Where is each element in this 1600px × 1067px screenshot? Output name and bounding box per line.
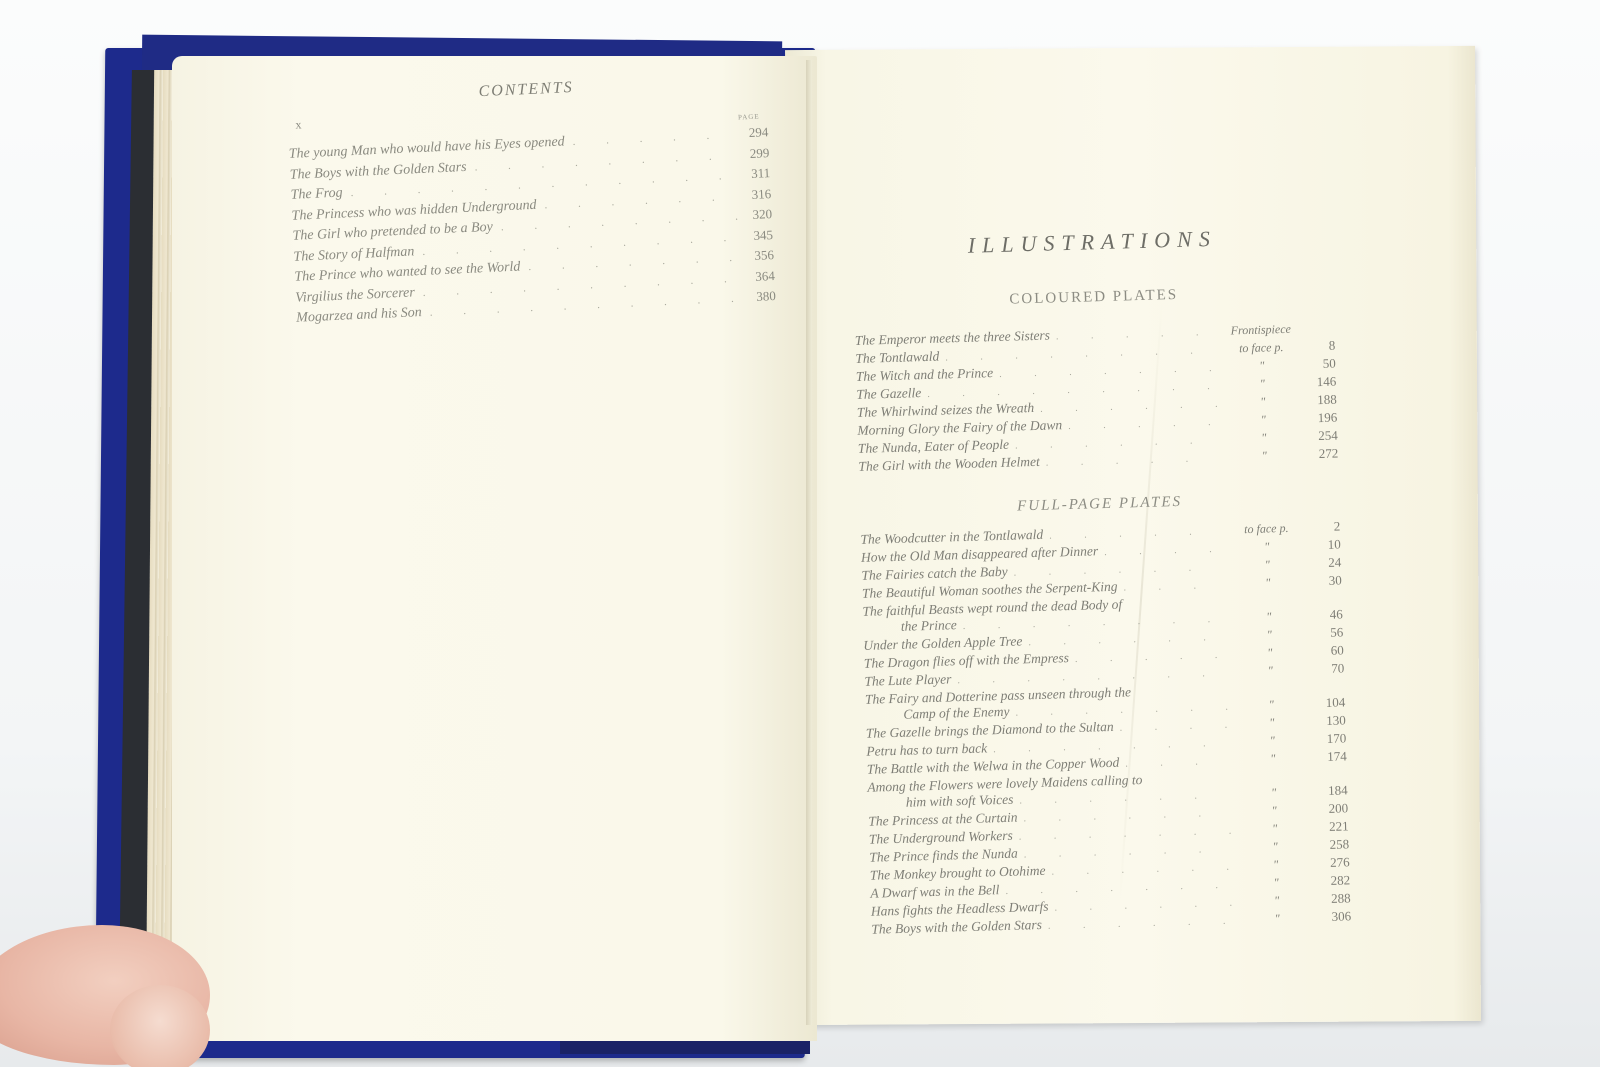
hand-thumb (110, 985, 210, 1067)
plate-page-number: 130 (1316, 712, 1346, 729)
plate-page-number: 146 (1306, 374, 1336, 391)
plate-title: The Princess at the Curtain (868, 810, 1018, 830)
book-cover-bottom-edge (560, 1040, 810, 1054)
plate-reference: " (1226, 643, 1314, 661)
plate-page-number (1317, 778, 1347, 779)
contents-list: The young Man who would have his Eyes op… (288, 124, 776, 330)
plate-reference: Frontispiece (1217, 320, 1305, 338)
plate-page-number (1315, 690, 1345, 691)
plate-reference: " (1219, 410, 1307, 428)
entry-page-number: 299 (737, 145, 770, 162)
plate-reference: " (1229, 783, 1317, 801)
plate-page-number: 196 (1307, 410, 1337, 427)
plate-reference: " (1219, 392, 1307, 410)
plate-page-number: 56 (1313, 624, 1343, 641)
entry-page-number: 364 (742, 268, 775, 285)
entry-page-number: 380 (743, 288, 776, 305)
plate-reference: " (1224, 573, 1312, 591)
folio-number: x (295, 117, 302, 132)
plate-reference: " (1218, 356, 1306, 374)
plate-page-number: 70 (1314, 660, 1344, 677)
plate-title: The Fairies catch the Baby (861, 564, 1008, 584)
plate-title: Petru has to turn back (866, 740, 987, 759)
plate-title: The Tontlawald (855, 349, 939, 367)
plate-title: Camp of the Enemy (865, 704, 1009, 724)
entry-page-number: 294 (736, 124, 769, 141)
plate-reference: " (1226, 661, 1314, 679)
plate-title: him with soft Voices (868, 792, 1014, 812)
plate-title: The Lute Player (864, 671, 951, 689)
plate-page-number: 288 (1320, 890, 1350, 907)
entry-title: Virgilius the Sorcerer (295, 285, 415, 306)
plate-page-number: 184 (1317, 782, 1347, 799)
plate-reference: " (1233, 891, 1321, 909)
entry-page-number: 345 (741, 227, 774, 244)
plate-page-number: 30 (1312, 572, 1342, 589)
plate-reference: " (1229, 749, 1317, 767)
plate-page-number: 10 (1311, 536, 1341, 553)
plate-reference: " (1220, 446, 1308, 464)
plate-title: Under the Golden Apple Tree (863, 633, 1022, 653)
photo-scene: CONTENTS x PAGE The young Man who would … (0, 0, 1600, 1067)
plate-page-number: 306 (1321, 908, 1351, 925)
plate-page-number (1305, 332, 1335, 333)
plate-page-number: 200 (1318, 800, 1348, 817)
plate-page-number: 254 (1308, 428, 1338, 445)
coloured-plates-heading: COLOURED PLATES (854, 283, 1334, 313)
plate-reference: " (1223, 555, 1311, 573)
leader-dots (1142, 782, 1229, 784)
entry-page-number: 316 (739, 186, 772, 203)
plate-reference: " (1233, 909, 1321, 927)
plate-page-number: 276 (1319, 854, 1349, 871)
leader-dots: . . . . . . . . . . . . . . . . . . (1114, 718, 1229, 737)
entry-page-number: 356 (742, 247, 775, 264)
plate-page-number: 8 (1305, 338, 1335, 355)
plate-reference (1229, 779, 1317, 781)
entry-title: The Frog (290, 186, 343, 204)
plate-title: The Nunda, Eater of People (858, 437, 1009, 457)
plate-title: The Underground Workers (869, 828, 1013, 848)
plate-reference: " (1232, 855, 1320, 873)
plate-reference (1224, 603, 1312, 605)
book-gutter (806, 60, 812, 1025)
plate-page-number: 188 (1307, 392, 1337, 409)
plate-reference: " (1225, 607, 1313, 625)
leader-dots (1131, 694, 1227, 697)
full-page-plates-list: The Woodcutter in the Tontlawald. . . . … (860, 518, 1351, 939)
plate-page-number: 104 (1315, 694, 1345, 711)
plate-reference: " (1228, 731, 1316, 749)
leader-dots: . . . . . . . . . . . . . . . . . . . . (564, 129, 736, 149)
plate-reference: to face p. (1222, 519, 1310, 537)
entry-page-number: 320 (740, 206, 773, 223)
plate-title: the Prince (863, 617, 957, 636)
leader-dots: . . . . . . . . . . . . . . . . . . (1117, 578, 1224, 597)
plate-reference: " (1227, 695, 1315, 713)
leader-dots (1122, 606, 1224, 609)
plate-page-number: 272 (1308, 446, 1338, 463)
plate-reference: " (1232, 873, 1320, 891)
plate-reference: " (1230, 801, 1318, 819)
plate-page-number: 221 (1318, 818, 1348, 835)
leader-dots: . . . . . . . . . . . . . . . . . . (1119, 754, 1229, 773)
plate-page-number: 2 (1310, 518, 1340, 535)
entry-page-number: 311 (738, 165, 771, 182)
illustrations-section: ILLUSTRATIONS COLOURED PLATES The Empero… (852, 223, 1351, 940)
plate-page-number: 46 (1313, 606, 1343, 623)
coloured-plates-list: The Emperor meets the three Sisters. . .… (855, 320, 1339, 477)
plate-reference: " (1225, 625, 1313, 643)
plate-page-number: 24 (1311, 554, 1341, 571)
plate-page-number: 170 (1316, 730, 1346, 747)
plate-reference: " (1231, 837, 1319, 855)
plate-page-number: 282 (1320, 872, 1350, 889)
page-column-label: PAGE (738, 113, 760, 122)
plate-page-number (1312, 602, 1342, 603)
plate-reference (1227, 691, 1315, 693)
plate-title: The Boys with the Golden Stars (871, 917, 1042, 938)
plate-reference: " (1231, 819, 1319, 837)
leader-dots: . . . . . . . . . . . . . . . . . . (1040, 451, 1221, 472)
entry-title: Mogarzea and his Son (296, 305, 422, 327)
plate-title: The Gazelle (856, 385, 921, 403)
plate-reference: " (1218, 374, 1306, 392)
plate-reference: " (1223, 537, 1311, 555)
plate-title: A Dwarf was in the Bell (870, 882, 1000, 902)
entry-title: The Story of Halfman (293, 244, 415, 265)
plate-page-number: 258 (1319, 836, 1349, 853)
plate-reference: " (1228, 713, 1316, 731)
plate-reference: to face p. (1217, 338, 1305, 356)
plate-page-number: 174 (1317, 748, 1347, 765)
plate-title: The Witch and the Prince (856, 365, 994, 385)
full-page-plates-heading: FULL-PAGE PLATES (859, 489, 1339, 519)
plate-page-number: 50 (1306, 356, 1336, 373)
plate-title: The Prince finds the Nunda (869, 846, 1018, 866)
plate-reference: " (1220, 428, 1308, 446)
plate-page-number: 60 (1314, 642, 1344, 659)
